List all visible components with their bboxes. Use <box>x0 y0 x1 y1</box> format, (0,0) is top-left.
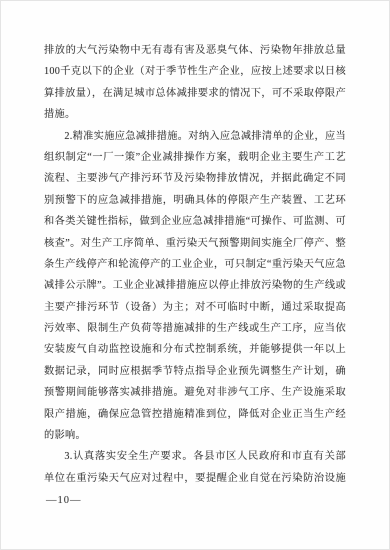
text-line: 核查”。对生产工序简单、重污染天气预警期间实施全厂停产、整 <box>44 233 346 254</box>
text-line-paragraph-start: 3.认真落实安全生产要求。各县市区人民政府和市直有关部门、 <box>44 446 346 467</box>
page-number: —10— <box>46 495 82 506</box>
text-line: 减排公示牌”。工业企业减排措施应以停止排放污染物的生产线或 <box>44 275 346 296</box>
text-line: 的影响。 <box>44 425 346 446</box>
text-line: 措施。 <box>44 104 346 125</box>
text-line: 排放的大气污染物中无有毒有害及恶臭气体、污染物年排放总量 <box>44 40 346 61</box>
text-line: 条生产线停产和轮流停产的工业企业，可只制定“重污染天气应急 <box>44 254 346 275</box>
text-line: 预警期间能够落实减排措施。避免对非涉气工序、生产设施采取停 <box>44 382 346 403</box>
text-line: 别预警下的应急减排措施，明确具体的停限产生产装置、工艺环节 <box>44 190 346 211</box>
text-line: 污效率、限制生产负荷等措施减排的生产线或生产工序，应当依法 <box>44 318 346 339</box>
text-line: 100千克以下的企业（对于季节性生产企业，应按上述要求以日核 <box>44 61 346 82</box>
text-line-paragraph-start: 2.精准实施应急减排措施。对纳入应急减排清单的企业，应当 <box>44 126 346 147</box>
text-line: 算排放量），在满足城市总体减排要求的情况下，可不采取停限产 <box>44 83 346 104</box>
text-line: 限产措施，确保应急管控措施精准到位，降低对企业正当生产经营 <box>44 404 346 425</box>
document-body: 排放的大气污染物中无有毒有害及恶臭气体、污染物年排放总量 100千克以下的企业（… <box>44 40 346 489</box>
text-line: 单位在重污染天气应对过程中，要提醒企业自觉在污染防治设施启 <box>44 468 346 489</box>
text-line: 主要产排污环节（设备）为主；对不可临时中断，通过采取提高治 <box>44 297 346 318</box>
text-line: 流程、主要涉气产排污环节及污染物排放情况，并据此确定不同级 <box>44 168 346 189</box>
text-line: 安装废气自动监控设施和分布式控制系统，并能够提供一年以上的 <box>44 339 346 360</box>
document-page: 排放的大气污染物中无有毒有害及恶臭气体、污染物年排放总量 100千克以下的企业（… <box>0 0 390 550</box>
text-line: 和各类关键性指标，做到企业应急减排措施“可操作、可监测、可 <box>44 211 346 232</box>
text-line: 数据记录，同时应根据季节特点指导企业预先调整生产计划，确保 <box>44 361 346 382</box>
text-line: 组织制定“一厂一策”企业减排操作方案，载明企业主要生产工艺 <box>44 147 346 168</box>
